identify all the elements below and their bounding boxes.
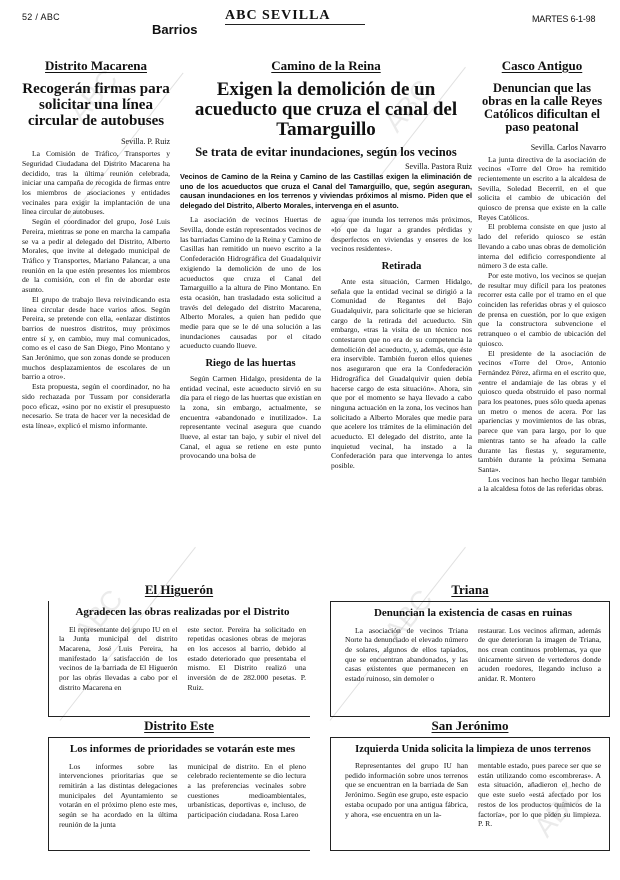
article-byline: Sevilla. P. Ruiz	[22, 137, 170, 146]
article-camino-reina: Camino de la Reina Exigen la demolición …	[180, 58, 472, 471]
column-2: restaurar. Los vecinos afirman, además d…	[478, 626, 601, 684]
article-casco-antiguo: Casco Antiguo Denuncian que las obras en…	[478, 58, 606, 494]
article-macarena: Distrito Macarena Recogerán firmas para …	[22, 58, 170, 431]
article-lead: Vecinos de Camino de la Reina y Camino d…	[180, 172, 472, 210]
article-columns: El representante del grupo IU en el la J…	[59, 625, 306, 693]
article-byline: Sevilla. Carlos Navarro	[478, 143, 606, 152]
article-headline: Exigen la demolición de un acueducto que…	[180, 80, 472, 140]
paragraph: Los vecinos han hecho llegar también a l…	[478, 475, 606, 494]
paragraph: El grupo de trabajo lleva reivindicando …	[22, 295, 170, 382]
article-subheadline: Se trata de evitar inundaciones, según l…	[180, 146, 472, 159]
column-1: La asociación de vecinos Triana Norte ha…	[345, 626, 468, 684]
paragraph: Según el coordinador del grupo, José Lui…	[22, 217, 170, 295]
article-columns: La asociación de vecinos Huertas de Sevi…	[180, 215, 472, 471]
column-1: Representantes del grupo IU han pedido i…	[345, 761, 468, 829]
article-distrito-este: Distrito Este Los informes de prioridade…	[48, 718, 310, 851]
article-columns: La asociación de vecinos Triana Norte ha…	[345, 626, 601, 684]
article-columns: Representantes del grupo IU han pedido i…	[345, 761, 601, 829]
article-box: Denuncian la existencia de casas en ruin…	[330, 601, 610, 717]
article-headline: Denuncian que las obras en la calle Reye…	[478, 82, 606, 135]
article-kicker: Triana	[330, 582, 610, 598]
article-body: La junta directiva de la asociación de v…	[478, 155, 606, 495]
article-subhead: Riego de las huertas	[180, 359, 321, 369]
paragraph: La asociación de vecinos Huertas de Sevi…	[180, 215, 321, 351]
newspaper-name: ABC SEVILLA	[225, 8, 365, 25]
article-box: Agradecen las obras realizadas por el Di…	[48, 601, 310, 717]
article-column-1: La asociación de vecinos Huertas de Sevi…	[180, 215, 321, 471]
article-san-jeronimo: San Jerónimo Izquierda Unida solicita la…	[330, 718, 610, 851]
article-byline: Sevilla. Pastora Ruiz	[180, 162, 472, 171]
paragraph: El problema consiste en que justo al lad…	[478, 222, 606, 271]
issue-date: MARTES 6-1-98	[532, 14, 595, 24]
article-kicker: San Jerónimo	[330, 718, 610, 734]
paragraph: agua que inunda los terrenos más próximo…	[331, 215, 472, 254]
article-kicker: Camino de la Reina	[180, 58, 472, 74]
column-1: El representante del grupo IU en el la J…	[59, 625, 178, 693]
page-number: 52 / ABC	[22, 12, 60, 22]
article-headline: Agradecen las obras realizadas por el Di…	[59, 607, 306, 619]
paragraph: Ante esta situación, Carmen Hidalgo, señ…	[331, 277, 472, 471]
paragraph: Según Carmen Hidalgo, presidenta de la e…	[180, 374, 321, 461]
article-headline: Denuncian la existencia de casas en ruin…	[345, 608, 601, 620]
article-headline: Los informes de prioridades se votarán e…	[59, 744, 306, 756]
article-body: La Comisión de Tráfico, Transportes y Se…	[22, 149, 170, 430]
article-headline: Recogerán firmas para solicitar una líne…	[22, 82, 170, 129]
article-box: Izquierda Unida solicita la limpieza de …	[330, 737, 610, 851]
article-kicker: Distrito Macarena	[22, 58, 170, 74]
article-column-2: agua que inunda los terrenos más próximo…	[331, 215, 472, 471]
article-columns: Los informes sobre las intervenciones pr…	[59, 762, 306, 830]
section-title: Barrios	[152, 22, 198, 37]
article-triana: Triana Denuncian la existencia de casas …	[330, 582, 610, 717]
paragraph: El presidente de la asociación de vecino…	[478, 349, 606, 475]
article-subhead: Retirada	[331, 262, 472, 272]
column-1: Los informes sobre las intervenciones pr…	[59, 762, 178, 830]
column-2: municipal de distrito. En el pleno celeb…	[188, 762, 307, 830]
paragraph: La Comisión de Tráfico, Transportes y Se…	[22, 149, 170, 217]
article-kicker: Casco Antiguo	[478, 58, 606, 74]
paragraph: Esta propuesta, según el coordinador, no…	[22, 382, 170, 431]
column-2: mentable estado, pues parece ser que se …	[478, 761, 601, 829]
paragraph: Por este motivo, los vecinos se quejan d…	[478, 271, 606, 349]
article-kicker: Distrito Este	[48, 718, 310, 734]
article-headline: Izquierda Unida solicita la limpieza de …	[345, 744, 601, 755]
article-kicker: El Higuerón	[48, 582, 310, 598]
article-box: Los informes de prioridades se votarán e…	[48, 737, 310, 851]
column-2: este sector. Pereira ha solicitado en re…	[188, 625, 307, 693]
article-higueron: El Higuerón Agradecen las obras realizad…	[48, 582, 310, 717]
paragraph: La junta directiva de la asociación de v…	[478, 155, 606, 223]
